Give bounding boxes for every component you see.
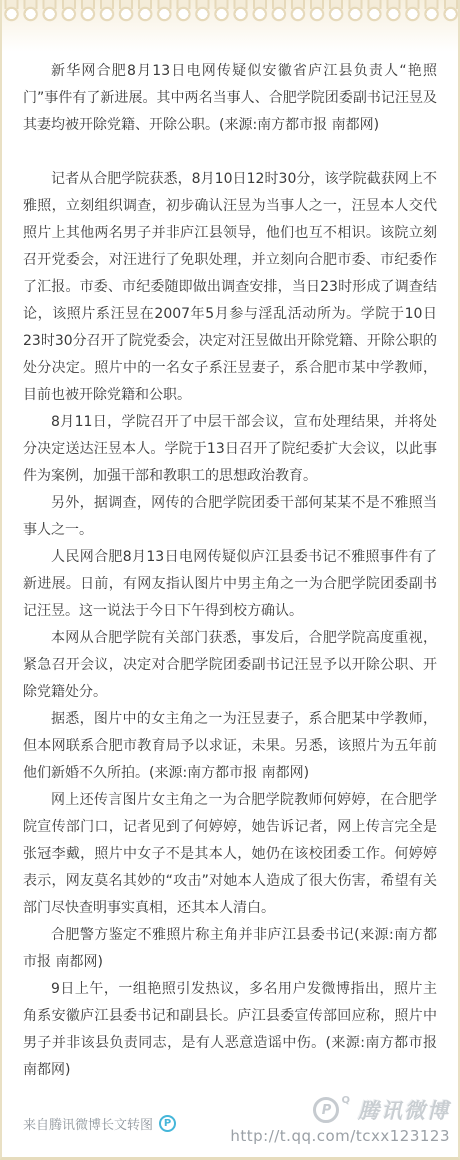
tencent-weibo-icon: P <box>159 1115 176 1132</box>
paragraph-wife-identity: 据悉，图片中的女主角之一为汪昱妻子，系合肥某中学教师，但本网联系合肥市教育局予以… <box>23 706 437 787</box>
paragraph-peoplesdaily: 人民网合肥8月13日电网传疑似庐江县委书记不雅照事件有了新进展。日前，有网友指认… <box>23 544 437 625</box>
paragraph-meeting: 8月11日，学院召开了中层干部会议，宣布处理结果，并将处分决定送达汪昱本人。学院… <box>23 409 437 490</box>
tencent-weibo-watermark: P Q 腾讯微博 http://t.qq.com/tcxx123123 <box>230 1095 450 1145</box>
paragraph-investigation: 记者从合肥学院获悉，8月10日12时30分，该学院截获网上不雅照，立刻组织调查，… <box>23 166 437 409</box>
notebook-perforation-decoration <box>2 0 458 56</box>
paragraph-lede: 新华网合肥8月13日电网传疑似安徽省庐江县负责人“艳照门”事件有了新进展。其中两… <box>23 58 437 139</box>
tencent-weibo-icon-glyph: P <box>164 1119 171 1129</box>
paragraph-police-verdict: 合肥警方鉴定不雅照片称主角并非庐江县委书记(来源:南方都市报 南都网) <box>23 922 437 976</box>
paragraph-weibo-origin: 9日上午，一组艳照引发热议，多名用户发微博指出，照片主角系安徽庐江县委书记和副县… <box>23 976 437 1084</box>
paragraph-college-response: 本网从合肥学院有关部门获悉，事发后，合肥学院高度重视，紧急召开会议，决定对合肥学… <box>23 625 437 706</box>
tencent-weibo-watermark-logo-icon: P <box>313 1097 339 1123</box>
article-body: 新华网合肥8月13日电网传疑似安徽省庐江县负责人“艳照门”事件有了新进展。其中两… <box>2 56 458 1084</box>
paragraph-teacher-denial: 网上还传言图片女主角之一为合肥学院教师何婷婷，在合肥学院宣传部门口，记者见到了何… <box>23 787 437 922</box>
watermark-url: http://t.qq.com/tcxx123123 <box>230 1127 450 1145</box>
watermark-logo-superscript: Q <box>341 1095 350 1106</box>
source-label: 来自腾讯微博长文转图 <box>23 1114 153 1133</box>
watermark-logo-glyph: P <box>322 1104 332 1117</box>
watermark-brand-line: P Q 腾讯微博 <box>230 1095 450 1125</box>
watermark-brand-text: 腾讯微博 <box>358 1095 450 1125</box>
footer-source-line: 来自腾讯微博长文转图 P <box>23 1114 176 1133</box>
paragraph-clarification: 另外，据调查，网传的合肥学院团委干部何某某不是不雅照当事人之一。 <box>23 490 437 544</box>
longtext-image-card: 新华网合肥8月13日电网传疑似安徽省庐江县负责人“艳照门”事件有了新进展。其中两… <box>0 0 460 1160</box>
